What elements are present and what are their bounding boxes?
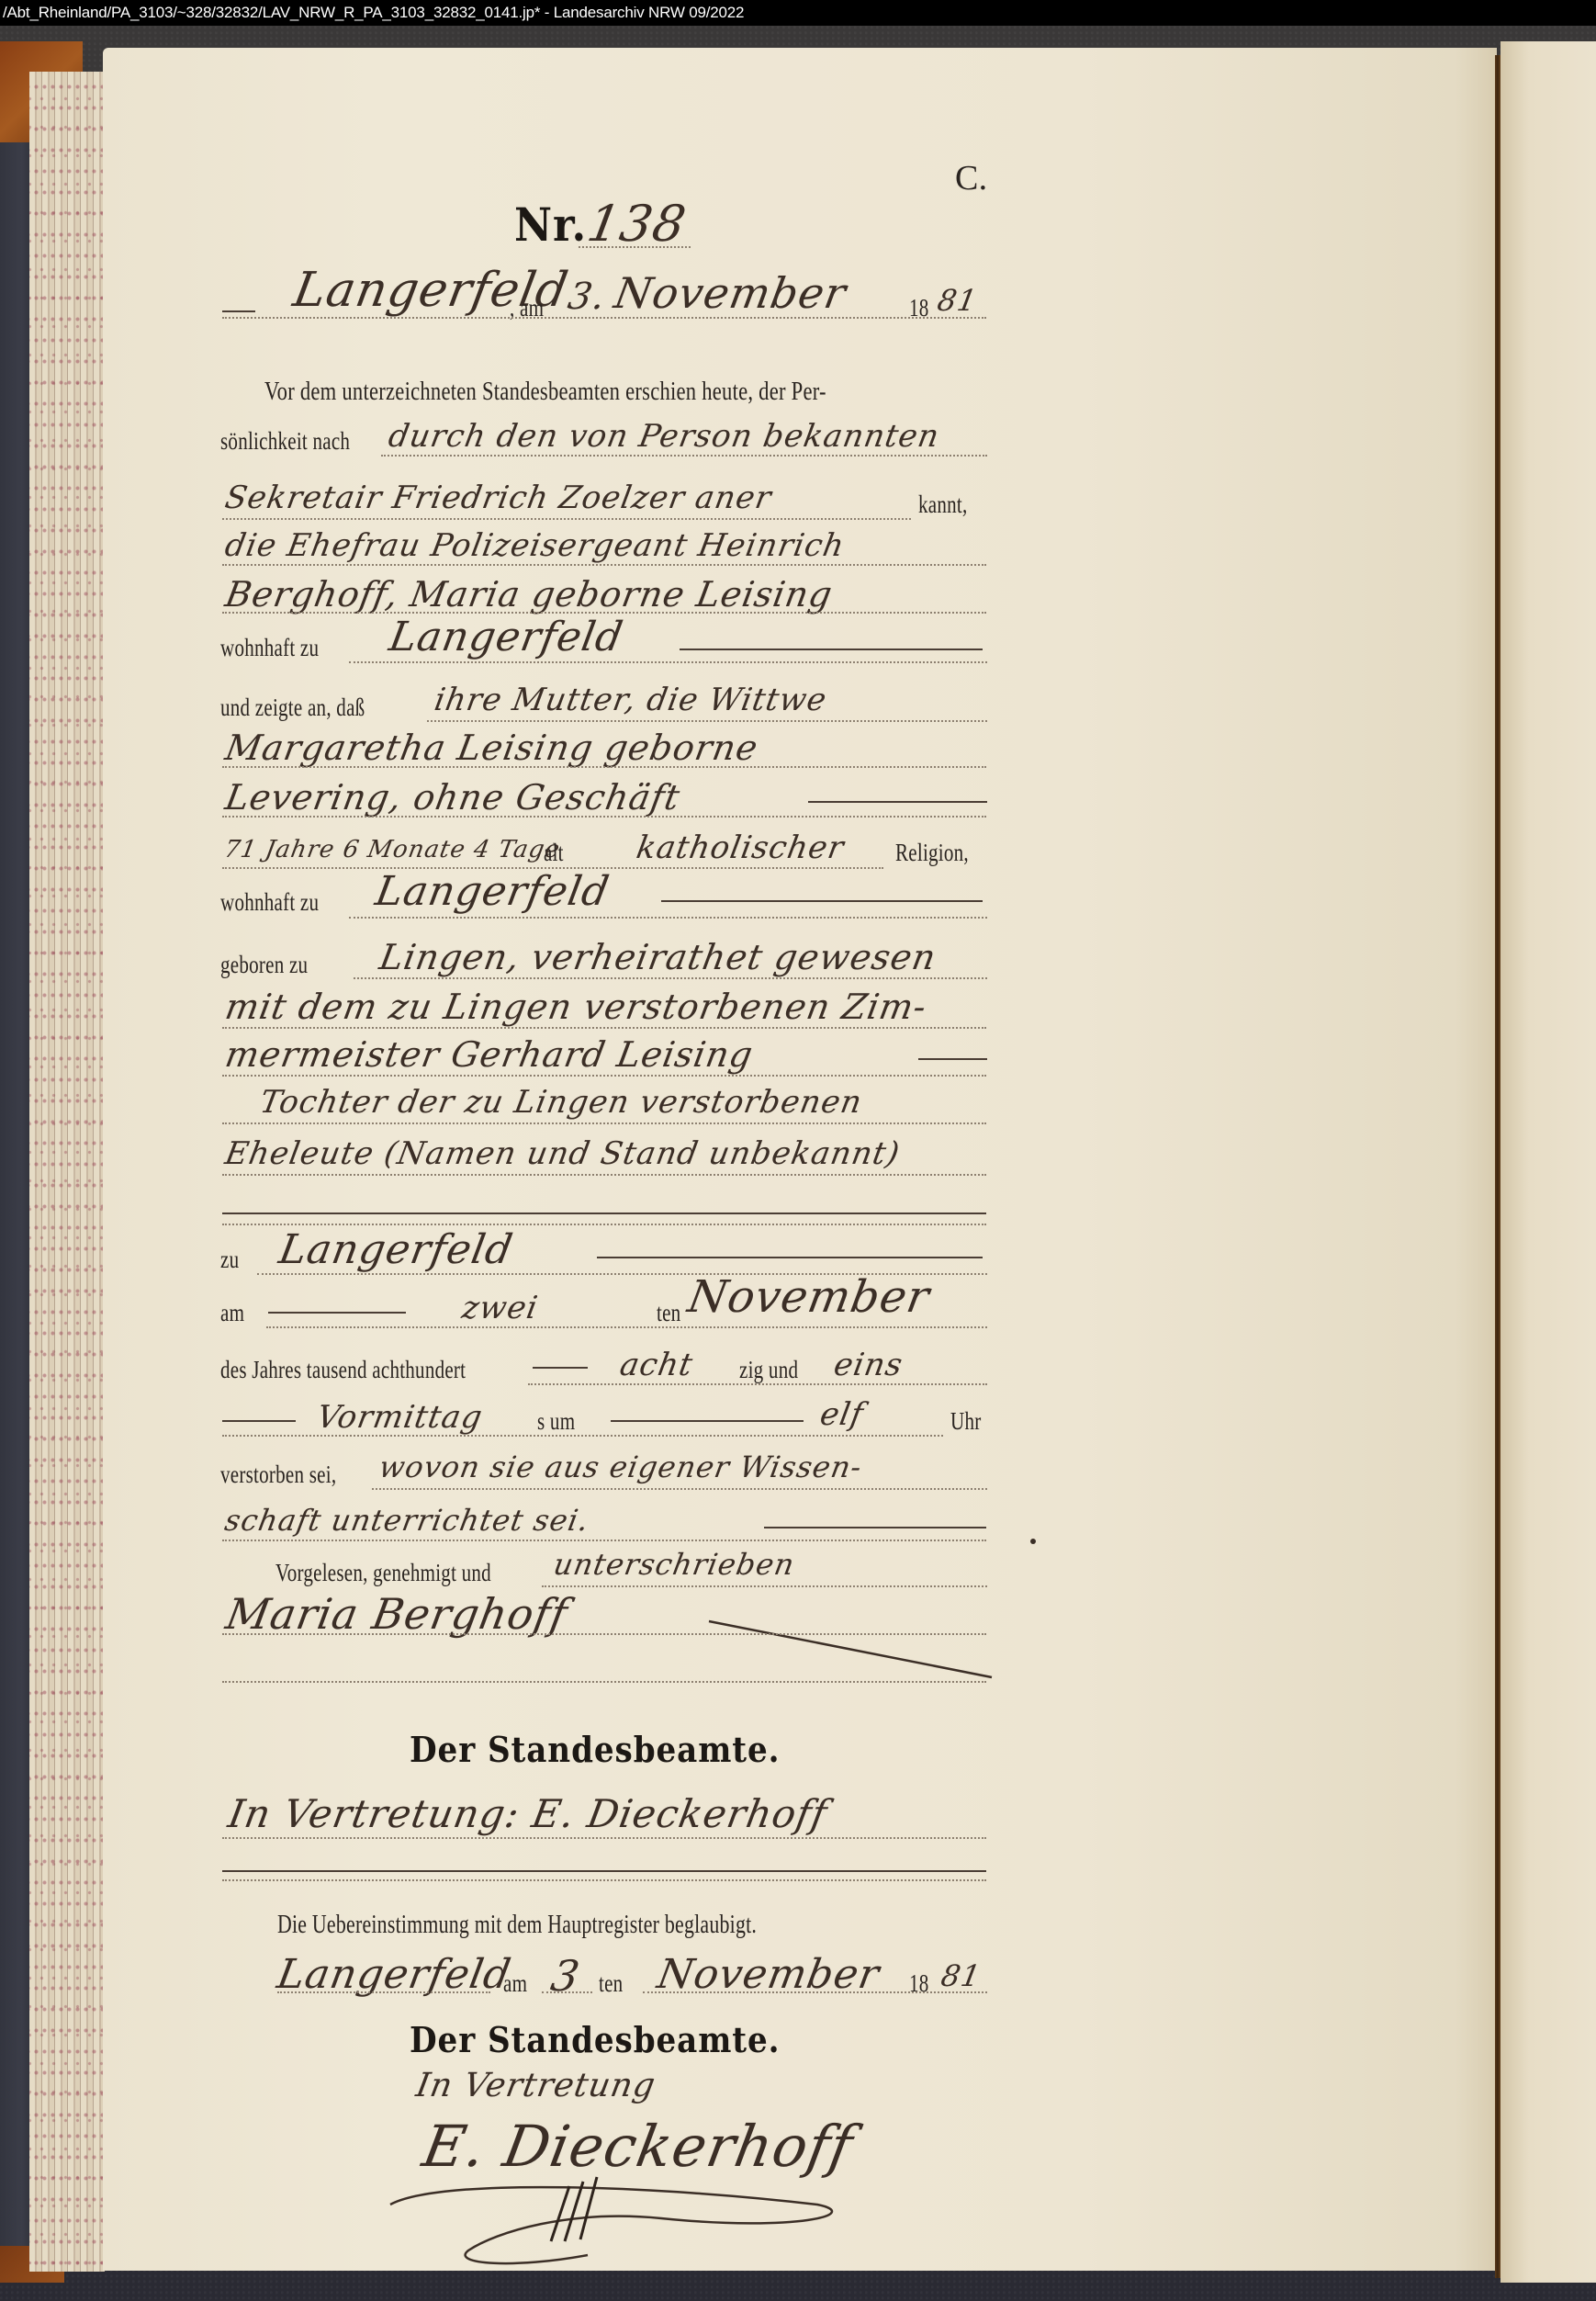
body-hand-spouse-line1: mit dem zu Lingen verstorbenen Zim- — [222, 987, 930, 1027]
dotted-line — [222, 1122, 986, 1124]
dotted-line — [222, 1681, 986, 1683]
closing-rule — [222, 1870, 986, 1872]
dotted-line — [222, 1435, 943, 1437]
header-dotted-line — [222, 317, 986, 319]
body-label-geboren: geboren zu — [220, 951, 308, 979]
series-letter: C. — [955, 158, 987, 198]
body-label-und-zeigte: und zeigte an, daß — [220, 694, 365, 722]
body-label-wohnhaft: wohnhaft zu — [220, 634, 319, 662]
body-hand-deceased-maiden: Levering, ohne Geschäft — [222, 777, 683, 818]
body-hand-knowledge-cont: schaft unterrichtet sei. — [222, 1503, 592, 1538]
dotted-line — [222, 1224, 986, 1225]
header-day: 3. — [565, 276, 609, 318]
fill-dash — [680, 649, 983, 650]
record-number-label: Nr. — [514, 197, 587, 252]
body-hand-known-by: durch den von Person bekannten — [386, 418, 942, 455]
dotted-line — [222, 564, 986, 566]
body-label-am: am — [220, 1299, 244, 1327]
body-line-intro: Vor dem unterzeichneten Standesbeamten e… — [264, 377, 826, 407]
fill-dash — [661, 900, 983, 902]
dotted-line — [542, 1585, 987, 1587]
certification-ten: ten — [599, 1969, 623, 1998]
body-hand-deceased-name: Margaretha Leising geborne — [222, 728, 761, 768]
dotted-line — [222, 1837, 986, 1839]
body-label-wohnhaft-2: wohnhaft zu — [220, 888, 319, 917]
body-hand-spouse-line2: mermeister Gerhard Leising — [222, 1034, 757, 1075]
dotted-line — [372, 1488, 987, 1490]
dotted-line — [277, 1991, 490, 1993]
fill-dash — [611, 1420, 804, 1422]
dotted-line — [266, 1326, 987, 1328]
body-hand-knowledge: wovon sie aus eigener Wissen- — [377, 1449, 865, 1484]
dotted-line — [222, 1075, 986, 1077]
number-dotted-line — [579, 246, 691, 248]
body-print-alt: alt — [544, 839, 564, 867]
dotted-line — [222, 1879, 986, 1881]
window-title: /Abt_Rheinland/PA_3103/~328/32832/LAV_NR… — [3, 4, 744, 21]
fill-dash — [764, 1527, 986, 1528]
fill-dash — [808, 801, 987, 803]
body-hand-declarant-name: Berghoff, Maria geborne Leising — [222, 574, 836, 615]
certification-signature-line1: In Vertretung — [413, 2067, 658, 2104]
fill-dash — [222, 1213, 986, 1214]
dotted-line — [381, 455, 987, 457]
body-print-ten: ten — [657, 1299, 680, 1327]
dotted-line — [542, 1991, 592, 1993]
dotted-line — [222, 1633, 986, 1635]
body-hand-declarant: die Ehefrau Polizeisergeant Heinrich — [222, 527, 848, 564]
certification-year-hand: 81 — [938, 1958, 983, 1993]
body-label-persoenlichkeit: sönlichkeit nach — [220, 427, 350, 456]
body-label-des-jahres: des Jahres tausend achthundert — [220, 1356, 466, 1384]
declarant-signature: Maria Berghoff — [222, 1589, 572, 1639]
facing-page — [1500, 41, 1596, 2283]
body-hand-parents-line2: Eheleute (Namen und Stand unbekannt) — [222, 1135, 903, 1172]
dotted-line — [427, 720, 987, 722]
body-hand-witness: Sekretair Friedrich Zoelzer aner — [222, 479, 775, 516]
dotted-line — [222, 518, 911, 520]
body-hand-hour: elf — [817, 1396, 867, 1433]
certification-official-title: Der Standesbeamte. — [410, 2019, 780, 2060]
fill-dash — [918, 1058, 987, 1060]
certification-year-printed: 18 — [909, 1969, 929, 1998]
body-print-zig-und: zig und — [739, 1356, 798, 1384]
window-title-bar: /Abt_Rheinland/PA_3103/~328/32832/LAV_NR… — [0, 0, 1596, 26]
dotted-line — [222, 816, 986, 818]
body-hand-time-of-day: Vormittag — [314, 1399, 486, 1436]
dotted-line — [222, 766, 986, 768]
certification-signature-line2: E. Dieckerhoff — [418, 2113, 859, 2180]
body-hand-year-tens: acht — [617, 1347, 696, 1383]
body-print-religion: Religion, — [895, 839, 969, 867]
dotted-line — [222, 1027, 986, 1029]
certification-am: am — [503, 1969, 527, 1998]
body-hand-deceased-relation: ihre Mutter, die Wittwe — [432, 682, 830, 718]
body-hand-signed: unterschrieben — [551, 1547, 797, 1582]
body-hand-parents-line1: Tochter der zu Lingen verstorbenen — [257, 1084, 865, 1121]
official-title: Der Standesbeamte. — [410, 1729, 780, 1770]
body-hand-residence: Langerfeld — [386, 614, 627, 660]
dotted-line — [354, 977, 987, 979]
body-label-verstorben: verstorben sei, — [220, 1461, 336, 1489]
header-dash — [222, 310, 255, 312]
record-number-value: 138 — [583, 195, 691, 253]
dotted-line — [349, 661, 987, 663]
body-hand-birthplace: Lingen, verheirathet gewesen — [377, 937, 939, 977]
ink-speck — [1030, 1539, 1036, 1544]
fill-dash — [533, 1367, 588, 1369]
header-month: November — [611, 268, 850, 318]
official-signature: In Vertretung: E. Dieckerhoff — [225, 1791, 831, 1836]
body-hand-residence-2: Langerfeld — [372, 868, 613, 915]
dotted-line — [349, 917, 987, 919]
fill-dash — [597, 1257, 983, 1258]
body-hand-death-place: Langerfeld — [275, 1226, 517, 1273]
certification-text: Die Uebereinstimmung mit dem Hauptregist… — [277, 1911, 757, 1940]
body-label-zu: zu — [220, 1246, 239, 1274]
fill-dash — [268, 1312, 406, 1314]
body-print-s-um: s um — [537, 1407, 575, 1436]
dotted-line — [222, 1174, 986, 1176]
body-hand-year-units: eins — [831, 1347, 905, 1383]
book-gutter — [1495, 55, 1500, 2278]
body-hand-death-day: zwei — [459, 1290, 541, 1326]
body-hand-death-month: November — [684, 1271, 934, 1323]
body-hand-religion: katholischer — [634, 829, 847, 866]
body-label-vorgelesen: Vorgelesen, genehmigt und — [275, 1559, 491, 1587]
dotted-line — [643, 1991, 987, 1993]
body-print-kannt: kannt, — [918, 491, 967, 519]
body-hand-age: 71 Jahre 6 Monate 4 Tage — [222, 836, 562, 863]
header-year-hand: 81 — [935, 283, 980, 318]
fill-dash — [222, 1420, 296, 1422]
dotted-line — [222, 1540, 986, 1541]
dotted-line — [528, 1383, 987, 1385]
body-print-uhr: Uhr — [950, 1407, 981, 1436]
book-page-edges — [29, 72, 105, 2272]
